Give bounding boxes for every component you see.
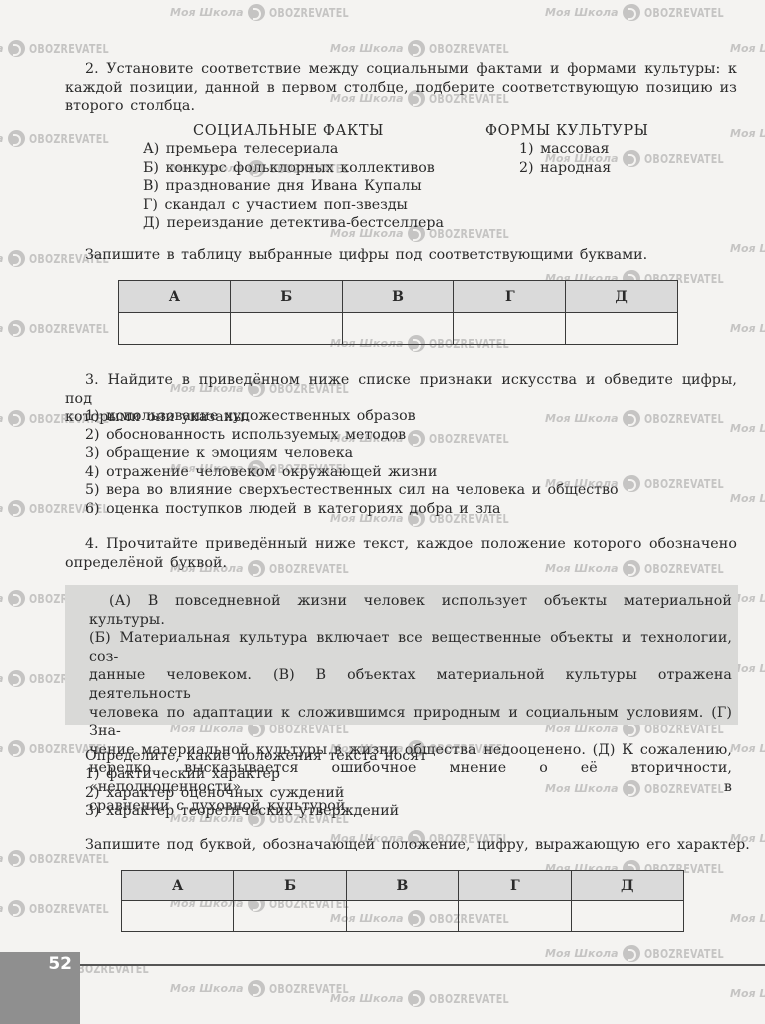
watermark-school-text: Моя Школа (0, 132, 4, 145)
answer-cell-a[interactable] (119, 313, 231, 345)
list-item[interactable]: 2) обоснованность используемых методов (85, 426, 619, 445)
task2-left-list: А) премьера телесериала Б) конкурс фольк… (143, 140, 444, 233)
list-item: 1) массовая (519, 140, 611, 159)
watermark-news-text: OBOZREVATEL (29, 322, 109, 336)
list-item: 2) народная (519, 159, 611, 178)
obozrevatel-logo-icon (8, 250, 25, 267)
watermark-news-text: OBOZREVATEL (429, 992, 509, 1006)
task4-prompt-line: 4. Прочитайте приведённый ниже текст, ка… (65, 535, 737, 554)
table-header-cell: Д (571, 871, 683, 901)
watermark: Моя ШколаOBOZREVATEL (730, 125, 765, 142)
watermark-school-text: Моя Школа (330, 42, 404, 55)
list-item: Г) скандал с участием поп-звезды (143, 196, 444, 215)
watermark-school-text: Моя Школа (330, 992, 404, 1005)
list-item: 3) характер теоретических утверждений (85, 802, 399, 821)
answer-cell-d[interactable] (571, 901, 683, 932)
table-header-cell: А (122, 871, 234, 901)
watermark-school-text: Моя Школа (0, 852, 4, 865)
watermark-school-text: Моя Школа (730, 322, 765, 335)
obozrevatel-logo-icon (8, 590, 25, 607)
watermark: Моя ШколаOBOZREVATEL (545, 4, 743, 21)
watermark-school-text: Моя Школа (730, 42, 765, 55)
task4-instruction: Запишите под буквой, обозначающей положе… (85, 836, 750, 855)
obozrevatel-logo-icon (8, 740, 25, 757)
task4-text-line: (Б) Материальная культура включает все в… (89, 629, 732, 666)
list-item[interactable]: 1) использование художественных образов (85, 407, 619, 426)
watermark-school-text: Моя Школа (170, 982, 244, 995)
task2-prompt-line: 2. Установите соответствие между социаль… (65, 60, 737, 79)
obozrevatel-logo-icon (8, 130, 25, 147)
watermark: Моя ШколаOBOZREVATEL (330, 990, 528, 1007)
obozrevatel-logo-icon (623, 945, 640, 962)
watermark: Моя ШколаOBOZREVATEL (330, 40, 528, 57)
table-answer-row (122, 901, 684, 932)
list-item: Д) переиздание детектива-бестселлера (143, 214, 444, 233)
watermark-school-text: Моя Школа (730, 987, 765, 1000)
watermark: Моя ШколаOBOZREVATEL (730, 910, 765, 927)
task4-prompt: 4. Прочитайте приведённый ниже текст, ка… (65, 535, 737, 572)
list-item: А) премьера телесериала (143, 140, 444, 159)
table-header-cell: В (342, 281, 454, 313)
obozrevatel-logo-icon (623, 475, 640, 492)
table-header-cell: А (119, 281, 231, 313)
watermark-school-text: Моя Школа (0, 672, 4, 685)
watermark-school-text: Моя Школа (0, 42, 4, 55)
watermark: Моя ШколаOBOZREVATEL (0, 130, 128, 147)
task2-right-header: ФОРМЫ КУЛЬТУРЫ (485, 123, 649, 139)
page-number: 52 (48, 954, 72, 974)
task2-prompt: 2. Установите соответствие между социаль… (65, 60, 737, 116)
list-item[interactable]: 5) вера во влияние сверхъестественных си… (85, 481, 619, 500)
obozrevatel-logo-icon (248, 980, 265, 997)
watermark: Моя ШколаOBOZREVATEL (730, 320, 765, 337)
footer-rule (80, 964, 765, 966)
task2-prompt-line: каждой позиции, данной в первом столбце,… (65, 79, 737, 98)
obozrevatel-logo-icon (8, 850, 25, 867)
answer-cell-v[interactable] (346, 901, 458, 932)
watermark-school-text: Моя Школа (730, 242, 765, 255)
watermark-school-text: Моя Школа (0, 592, 4, 605)
watermark-news-text: OBOZREVATEL (644, 6, 724, 20)
task2-right-list: 1) массовая 2) народная (519, 140, 611, 177)
list-item[interactable]: 3) обращение к эмоциям человека (85, 444, 619, 463)
watermark-news-text: OBOZREVATEL (29, 132, 109, 146)
answer-cell-v[interactable] (342, 313, 454, 345)
answer-cell-b[interactable] (234, 901, 346, 932)
answer-cell-d[interactable] (566, 313, 678, 345)
watermark-news-text: OBOZREVATEL (644, 947, 724, 961)
obozrevatel-logo-icon (8, 410, 25, 427)
watermark-school-text: Моя Школа (170, 6, 244, 19)
task3-prompt-line: 3. Найдите в приведённом ниже списке при… (65, 371, 737, 408)
obozrevatel-logo-icon (8, 900, 25, 917)
watermark: Моя ШколаOBOZREVATEL (730, 490, 765, 507)
obozrevatel-logo-icon (8, 500, 25, 517)
watermark-school-text: Моя Школа (545, 947, 619, 960)
watermark: Моя ШколаOBOZREVATEL (730, 740, 765, 757)
obozrevatel-logo-icon (248, 4, 265, 21)
obozrevatel-logo-icon (408, 990, 425, 1007)
watermark-news-text: OBOZREVATEL (269, 982, 349, 996)
watermark-news-text: OBOZREVATEL (269, 6, 349, 20)
task4-prompt-line: определёной буквой. (65, 554, 737, 573)
watermark-news-text: OBOZREVATEL (29, 902, 109, 916)
list-item: 1) фактический характер (85, 765, 399, 784)
watermark-school-text: Моя Школа (0, 902, 4, 915)
watermark: Моя ШколаOBOZREVATEL (730, 985, 765, 1002)
list-item: Б) конкурс фольклорных коллективов (143, 159, 444, 178)
watermark-news-text: OBOZREVATEL (29, 42, 109, 56)
table-header-cell: Д (566, 281, 678, 313)
watermark-school-text: Моя Школа (545, 6, 619, 19)
answer-cell-g[interactable] (454, 313, 566, 345)
watermark-school-text: Моя Школа (0, 252, 4, 265)
watermark-news-text: OBOZREVATEL (429, 42, 509, 56)
watermark-school-text: Моя Школа (730, 912, 765, 925)
table-header-cell: Б (234, 871, 346, 901)
watermark-school-text: Моя Школа (0, 502, 4, 515)
watermark: Моя ШколаOBOZREVATEL (730, 40, 765, 57)
table-header-cell: Б (230, 281, 342, 313)
obozrevatel-logo-icon (408, 40, 425, 57)
watermark-news-text: OBOZREVATEL (644, 152, 724, 166)
watermark-news-text: OBOZREVATEL (644, 477, 724, 491)
watermark: Моя ШколаOBOZREVATEL (0, 320, 128, 337)
task4-question: Определите, какие положения текста носят (85, 747, 427, 766)
task3-list: 1) использование художественных образов … (85, 407, 619, 518)
table-header-row: А Б В Г Д (119, 281, 678, 313)
task4-text-line: данные человеком. (В) В объектах материа… (89, 666, 732, 703)
list-item[interactable]: 4) отражение человеком окружающей жизни (85, 463, 619, 482)
watermark: Моя ШколаOBOZREVATEL (545, 945, 743, 962)
answer-cell-g[interactable] (459, 901, 571, 932)
watermark-school-text: Моя Школа (0, 412, 4, 425)
task4-text-line: (А) В повседневной жизни человек использ… (89, 592, 732, 629)
table-header-cell: В (346, 871, 458, 901)
task4-options: 1) фактический характер 2) характер оцен… (85, 765, 399, 821)
answer-cell-a[interactable] (122, 901, 234, 932)
table-header-cell: Г (459, 871, 571, 901)
watermark-school-text: Моя Школа (0, 742, 4, 755)
watermark-school-text: Моя Школа (730, 492, 765, 505)
answer-cell-b[interactable] (230, 313, 342, 345)
task2-left-header: СОЦИАЛЬНЫЕ ФАКТЫ (193, 123, 384, 139)
obozrevatel-logo-icon (8, 40, 25, 57)
obozrevatel-logo-icon (623, 150, 640, 167)
watermark: Моя ШколаOBOZREVATEL (170, 980, 368, 997)
list-item[interactable]: 6) оценка поступков людей в категориях д… (85, 500, 619, 519)
task4-text-line: человека по адаптации к сложившимся прир… (89, 704, 732, 741)
watermark: Моя ШколаOBOZREVATEL (730, 240, 765, 257)
table-header-row: А Б В Г Д (122, 871, 684, 901)
watermark-school-text: Моя Школа (0, 322, 4, 335)
obozrevatel-logo-icon (8, 670, 25, 687)
table-header-cell: Г (454, 281, 566, 313)
page-number-tab: 52 (0, 952, 80, 1024)
watermark-school-text: Моя Школа (730, 742, 765, 755)
obozrevatel-logo-icon (8, 320, 25, 337)
watermark: Моя ШколаOBOZREVATEL (0, 40, 128, 57)
watermark: Моя ШколаOBOZREVATEL (0, 900, 128, 917)
watermark-school-text: Моя Школа (730, 127, 765, 140)
watermark: Моя ШколаOBOZREVATEL (170, 4, 368, 21)
task4-answer-table: А Б В Г Д (121, 870, 684, 932)
task2-answer-table: А Б В Г Д (118, 280, 678, 345)
task2-instruction: Запишите в таблицу выбранные цифры под с… (85, 246, 647, 265)
list-item: В) празднование дня Ивана Купалы (143, 177, 444, 196)
task4-text-box: (А) В повседневной жизни человек использ… (65, 585, 738, 725)
obozrevatel-logo-icon (623, 4, 640, 21)
list-item: 2) характер оценочных суждений (85, 784, 399, 803)
table-answer-row (119, 313, 678, 345)
task2-prompt-line: второго столбца. (65, 97, 737, 116)
